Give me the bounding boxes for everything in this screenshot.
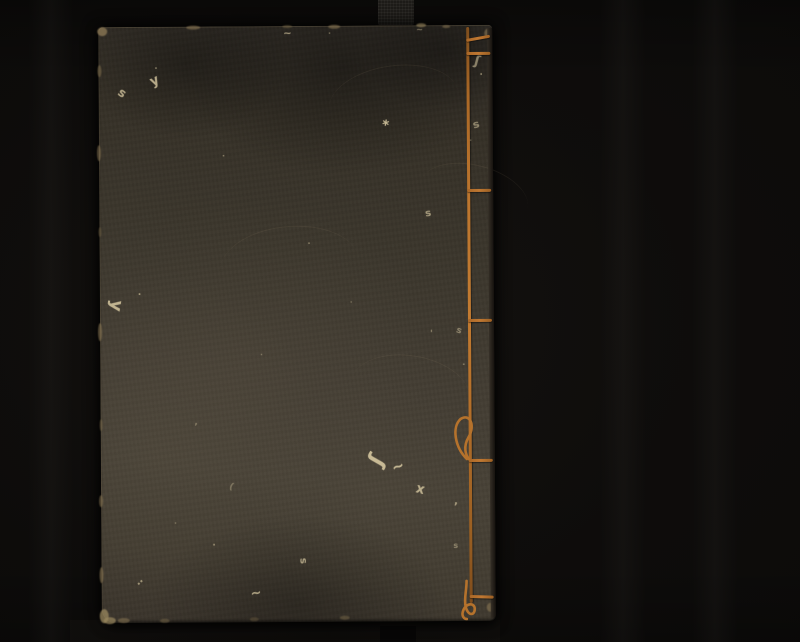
edge-wear-spot: [340, 616, 350, 620]
edge-wear-spot: [97, 65, 101, 77]
paper-fiber-fleck: s: [453, 542, 458, 550]
edge-wear-spot: [442, 25, 450, 28]
paper-fiber-fleck: ,: [454, 497, 458, 507]
binding-stitch: [467, 189, 491, 192]
binding-stitches: [98, 25, 492, 27]
paper-fiber-fleck: .: [154, 63, 157, 71]
paper-fiber-fleck: .: [260, 350, 263, 357]
paper-fiber-fleck: .: [307, 238, 310, 246]
edge-wear-spot: [186, 26, 200, 30]
paper-fiber-fleck: ~: [416, 26, 423, 34]
cover-vein: [413, 152, 535, 239]
edge-wear-spot: [250, 617, 259, 621]
edge-wear-spot: [104, 617, 116, 624]
cover-vein-layer: [98, 25, 492, 27]
paper-fiber-fleck: s: [424, 209, 432, 220]
binding-stitch: [468, 319, 492, 322]
paper-fiber-fleck: x: [415, 482, 426, 497]
edge-wear-spot: [98, 227, 101, 237]
cover-vein: [216, 220, 363, 314]
paper-fiber-fleck: .: [212, 540, 215, 549]
velvet-fold-streak: [600, 0, 646, 642]
paper-fiber-fleck: .: [462, 359, 465, 367]
cradle-strap-top: [378, 0, 414, 25]
paper-fiber-fleck: ʃ: [473, 54, 482, 68]
paper-fiber-fleck: .: [174, 519, 177, 526]
paper-fiber-fleck: y: [148, 74, 161, 89]
paper-fiber-fleck: ': [430, 330, 433, 339]
edge-wear-layer: [98, 25, 492, 27]
edge-wear-spot: [99, 567, 103, 583]
paper-fiber-fleck: ~: [250, 586, 263, 601]
edge-wear-spot: [99, 495, 103, 507]
scene: ys~*ʃ.sy.ʃ~x,s~:....,.'s.s..~.(.s: [0, 0, 800, 642]
edge-wear-spot: [97, 27, 107, 36]
paper-fiber-fleck: .: [328, 29, 331, 36]
binding-thread-loop: [451, 415, 477, 461]
paper-fiber-fleck: .: [479, 69, 482, 78]
paper-fiber-fleck: s: [297, 558, 308, 565]
paper-fiber-fleck: *: [381, 119, 390, 133]
cradle-strap-bottom: [380, 626, 416, 642]
cover-vein: [324, 56, 463, 145]
light-spill: [70, 620, 500, 642]
edge-wear-spot: [100, 419, 103, 431]
paper-fiber-fleck: y: [106, 299, 125, 313]
paper-fiber-fleck: :: [135, 578, 145, 588]
paper-fiber-fleck: s: [455, 326, 463, 336]
binding-thread-end-knot: [454, 581, 480, 621]
edge-wear-spot: [98, 323, 102, 341]
paper-fiber-fleck: ,: [195, 419, 198, 427]
paper-fiber-fleck: s: [471, 118, 480, 130]
edge-wear-spot: [97, 145, 101, 161]
paper-fiber-fleck: (: [228, 483, 235, 493]
paper-fiber-fleck: .: [138, 289, 141, 298]
binding-thread-vertical: [466, 27, 473, 603]
paper-fiber-fleck: ~: [390, 458, 407, 476]
paper-fiber-fleck: ~: [283, 29, 291, 39]
paper-fiber-fleck: s: [116, 86, 129, 100]
fiber-fleck-layer: ys~*ʃ.sy.ʃ~x,s~:....,.'s.s..~.(.s: [98, 25, 492, 27]
edge-wear-spot: [118, 618, 130, 623]
binding-stitch: [466, 52, 490, 55]
edge-wear-spot: [160, 619, 170, 623]
paper-fiber-fleck: .: [222, 150, 225, 158]
paper-fiber-fleck: ʃ: [366, 451, 390, 470]
page-block-edge: [487, 28, 496, 618]
book-cover: ys~*ʃ.sy.ʃ~x,s~:....,.'s.s..~.(.s: [98, 25, 496, 623]
velvet-fold-streak: [28, 0, 74, 642]
paper-fiber-fleck: .: [350, 298, 353, 305]
velvet-fold-streak: [692, 0, 738, 642]
